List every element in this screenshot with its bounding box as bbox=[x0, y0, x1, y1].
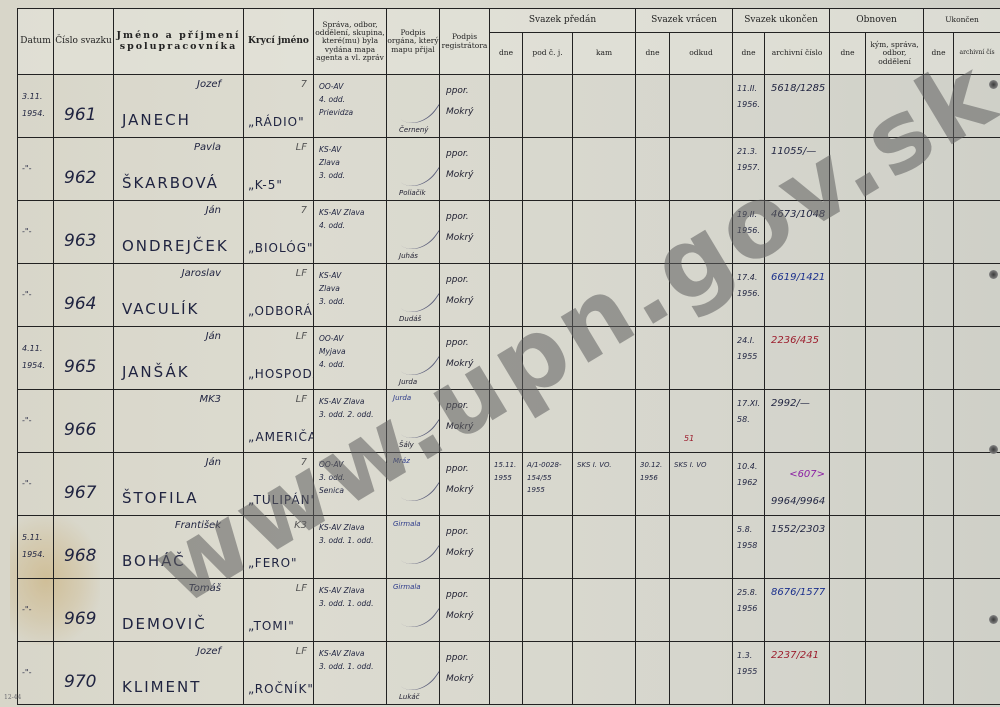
subheader-archivni-cislo: archivní číslo bbox=[765, 33, 830, 75]
line: -"- bbox=[22, 413, 53, 430]
line: 1956. bbox=[737, 223, 764, 239]
last-name: JANECH bbox=[122, 111, 191, 129]
archive-number: 2992/— bbox=[771, 398, 810, 409]
header-podpis-registratora: Podpis registrátora bbox=[440, 9, 490, 75]
line: 15.11. bbox=[494, 459, 519, 472]
first-name: Ján bbox=[206, 331, 221, 342]
cell-archivni-cislo: <607> 9964/9964 bbox=[765, 453, 830, 516]
cell-obnoven-dne bbox=[830, 642, 866, 705]
cell-datum: 4.11.1954. bbox=[18, 327, 54, 390]
line: 11.II. bbox=[737, 81, 764, 97]
archive-number: 9964/9964 bbox=[771, 496, 825, 507]
cell-kym bbox=[866, 390, 924, 453]
line: ppor. bbox=[446, 522, 474, 543]
signature-name: Lukáč bbox=[399, 693, 420, 701]
line: 1955 bbox=[494, 472, 519, 485]
cell-ukoncen-dne: 17.4.1956. bbox=[733, 264, 765, 327]
cell-vracen-dne bbox=[636, 642, 670, 705]
cell-sprava: KS-AV Zlava3. odd. 1. odd. bbox=[314, 579, 387, 642]
cover-mark: K3 bbox=[294, 520, 307, 531]
binder-hole-icon bbox=[989, 445, 998, 454]
cell-ukoncen-dne: 17.XI.58. bbox=[733, 390, 765, 453]
cell-predan-dne bbox=[490, 201, 523, 264]
line: 1956. bbox=[737, 286, 764, 302]
cell-obnoven-dne bbox=[830, 327, 866, 390]
cell-podpis-registratora: ppor.Mokrý bbox=[440, 264, 490, 327]
cover-name: „TULIPÁN" bbox=[248, 493, 314, 507]
cover-name: „TOMI" bbox=[248, 619, 295, 633]
signature-name: Jurda bbox=[399, 378, 417, 386]
header-ukoncen: Ukončen bbox=[924, 9, 1000, 33]
cell-kryci-jmeno: 7 „BIOLÓG" bbox=[244, 201, 314, 264]
cell-ukoncen2-dne bbox=[924, 75, 954, 138]
line: 17.4. bbox=[737, 270, 764, 286]
cell-sprava: OO-AVMyjava4. odd. bbox=[314, 327, 387, 390]
line: Mokrý bbox=[446, 543, 474, 564]
cell-podpis-organu: Černený bbox=[387, 75, 440, 138]
cell-sprava: KS-AVZlava3. odd. bbox=[314, 138, 387, 201]
cell-pod-cj: A/1-0028-154/551955 bbox=[523, 453, 573, 516]
cell-kryci-jmeno: LF „K-5" bbox=[244, 138, 314, 201]
cell-kam bbox=[573, 642, 636, 705]
binder-hole-icon bbox=[989, 270, 998, 279]
line: -"- bbox=[22, 224, 53, 241]
cell-archivni-cislo: 8676/1577 bbox=[765, 579, 830, 642]
archive-number: 2236/435 bbox=[771, 335, 819, 346]
table-row: 5.11.1954. 968 František BOHÁČ K3 „FERO"… bbox=[18, 516, 1000, 579]
cell-ukoncen2-dne bbox=[924, 642, 954, 705]
line: -"- bbox=[22, 287, 53, 304]
cell-odkud bbox=[670, 138, 733, 201]
cell-archivni-cislo-2 bbox=[954, 201, 1000, 264]
cover-mark: 7 bbox=[301, 457, 307, 468]
cover-mark: LF bbox=[296, 268, 307, 279]
signature-scrawl-icon bbox=[390, 138, 440, 196]
line: Mokrý bbox=[446, 354, 474, 375]
archive-number: 8676/1577 bbox=[771, 587, 825, 598]
line: A/1-0028-154/55 bbox=[527, 459, 569, 484]
archive-number: 6619/1421 bbox=[771, 272, 825, 283]
cell-kam bbox=[573, 327, 636, 390]
line: OO-AV bbox=[319, 458, 386, 471]
line: Mokrý bbox=[446, 417, 474, 438]
header-podpis-organu: Podpis orgána, který mapu přijal bbox=[387, 9, 440, 75]
cover-mark: LF bbox=[296, 394, 307, 405]
line: 17.XI. bbox=[737, 396, 764, 412]
line: ppor. bbox=[446, 270, 474, 291]
line: Mokrý bbox=[446, 606, 474, 627]
footer-code: 12-44 bbox=[4, 694, 21, 701]
table-row: -"- 966 MK3 LF „AMERIČAN" KS-AV Zlava3. … bbox=[18, 390, 1000, 453]
line: ppor. bbox=[446, 81, 474, 102]
cell-cislo-svazku: 966 bbox=[54, 390, 114, 453]
red-mark: 51 bbox=[684, 432, 694, 446]
line: OO-AV bbox=[319, 332, 386, 345]
line: 1962 bbox=[737, 475, 764, 491]
cell-archivni-cislo: 4673/1048 bbox=[765, 201, 830, 264]
subheader-pod-cj: pod č. j. bbox=[523, 33, 573, 75]
cover-name: „ROČNÍK" bbox=[248, 682, 314, 696]
cell-podpis-organu: Girmala bbox=[387, 579, 440, 642]
cell-podpis-organu: Mráz bbox=[387, 453, 440, 516]
cell-obnoven-dne bbox=[830, 75, 866, 138]
cell-kryci-jmeno: 7 „RÁDIO" bbox=[244, 75, 314, 138]
cell-podpis-organu: Jurda Šály bbox=[387, 390, 440, 453]
line: Senica bbox=[319, 484, 386, 497]
signature-name: Juhás bbox=[399, 252, 418, 260]
line: KS-AV Zlava bbox=[319, 395, 386, 408]
signature-scrawl-icon bbox=[390, 642, 440, 700]
line: 1955 bbox=[737, 349, 764, 365]
cover-mark: 7 bbox=[301, 79, 307, 90]
line: Myjava bbox=[319, 345, 386, 358]
cell-archivni-cislo: 1552/2303 bbox=[765, 516, 830, 579]
line: ppor. bbox=[446, 333, 474, 354]
line: 3. odd. bbox=[319, 295, 386, 308]
signature-top: Mráz bbox=[393, 457, 410, 465]
line: -"- bbox=[22, 476, 53, 493]
line: 4. odd. bbox=[319, 219, 386, 232]
header-cislo-svazku: Číslo svazku bbox=[54, 9, 114, 75]
cell-ukoncen-dne: 19.II.1956. bbox=[733, 201, 765, 264]
line: 5.11. bbox=[22, 530, 53, 547]
line: 21.3. bbox=[737, 144, 764, 160]
cell-predan-dne bbox=[490, 327, 523, 390]
cell-kam bbox=[573, 201, 636, 264]
cell-predan-dne bbox=[490, 264, 523, 327]
cell-odkud bbox=[670, 516, 733, 579]
cell-kryci-jmeno: LF „AMERIČAN" bbox=[244, 390, 314, 453]
line: 1954. bbox=[22, 106, 53, 123]
cell-podpis-organu: Jurda bbox=[387, 327, 440, 390]
cell-kym bbox=[866, 579, 924, 642]
cell-kam bbox=[573, 138, 636, 201]
cell-predan-dne bbox=[490, 390, 523, 453]
last-name: KLIMENT bbox=[122, 678, 201, 696]
cell-pod-cj bbox=[523, 201, 573, 264]
line: 24.I. bbox=[737, 333, 764, 349]
cell-obnoven-dne bbox=[830, 264, 866, 327]
cell-podpis-registratora: ppor.Mokrý bbox=[440, 453, 490, 516]
cell-jmeno: MK3 bbox=[114, 390, 244, 453]
ledger-page: Datum Číslo svazku Jméno a příjmení spol… bbox=[0, 0, 1000, 707]
cell-obnoven-dne bbox=[830, 579, 866, 642]
cover-mark: LF bbox=[296, 583, 307, 594]
signature-name: Poliačik bbox=[399, 189, 426, 197]
cell-kym bbox=[866, 642, 924, 705]
signature-scrawl-icon bbox=[390, 327, 440, 385]
cell-ukoncen2-dne bbox=[924, 453, 954, 516]
cell-archivni-cislo-2 bbox=[954, 516, 1000, 579]
cell-kam bbox=[573, 579, 636, 642]
cell-jmeno: František BOHÁČ bbox=[114, 516, 244, 579]
cell-podpis-organu: Girmala bbox=[387, 516, 440, 579]
cell-datum: -"- bbox=[18, 264, 54, 327]
cell-kym bbox=[866, 201, 924, 264]
cell-obnoven-dne bbox=[830, 516, 866, 579]
line: 3. odd. bbox=[319, 169, 386, 182]
cover-mark: LF bbox=[296, 331, 307, 342]
first-name: Jozef bbox=[197, 79, 221, 90]
cell-podpis-registratora: ppor.Mokrý bbox=[440, 75, 490, 138]
line: 1957. bbox=[737, 160, 764, 176]
cell-archivni-cislo: 11055/— bbox=[765, 138, 830, 201]
header-kryci-jmeno: Krycí jméno bbox=[244, 9, 314, 75]
line: 3.11. bbox=[22, 89, 53, 106]
cell-podpis-registratora: ppor.Mokrý bbox=[440, 390, 490, 453]
cover-name: „K-5" bbox=[248, 178, 283, 192]
subheader-kym: kým, správa, odbor, oddělení bbox=[866, 33, 924, 75]
cell-predan-dne bbox=[490, 516, 523, 579]
header-svazek-vracen: Svazek vrácen bbox=[636, 9, 733, 33]
line: 1955 bbox=[737, 664, 764, 680]
last-name: BOHÁČ bbox=[122, 552, 186, 570]
line: Mokrý bbox=[446, 480, 474, 501]
cell-archivni-cislo: 2992/— bbox=[765, 390, 830, 453]
cell-jmeno: Ján ŠTOFILA bbox=[114, 453, 244, 516]
cover-mark: LF bbox=[296, 646, 307, 657]
cell-ukoncen-dne: 11.II.1956. bbox=[733, 75, 765, 138]
line: Zlava bbox=[319, 156, 386, 169]
cell-pod-cj bbox=[523, 264, 573, 327]
cell-jmeno: Pavla ŠKARBOVÁ bbox=[114, 138, 244, 201]
line: 58. bbox=[737, 412, 764, 428]
table-row: -"- 962 Pavla ŠKARBOVÁ LF „K-5" KS-AVZla… bbox=[18, 138, 1000, 201]
table-row: 4.11.1954. 965 Ján JANŠÁK LF „HOSPODÁR" … bbox=[18, 327, 1000, 390]
cover-mark: LF bbox=[296, 142, 307, 153]
line: Mokrý bbox=[446, 165, 474, 186]
cell-archivni-cislo-2 bbox=[954, 138, 1000, 201]
cell-pod-cj bbox=[523, 642, 573, 705]
first-name: Ján bbox=[206, 205, 221, 216]
table-row: -"- 963 Ján ONDREJČEK 7 „BIOLÓG" KS-AV Z… bbox=[18, 201, 1000, 264]
last-name: JANŠÁK bbox=[122, 363, 190, 381]
cell-kam bbox=[573, 75, 636, 138]
cell-ukoncen-dne: 25.8.1956 bbox=[733, 579, 765, 642]
header-svazek-ukoncen: Svazek ukončen bbox=[733, 9, 830, 33]
line: Zlava bbox=[319, 282, 386, 295]
cell-ukoncen2-dne bbox=[924, 138, 954, 201]
cell-cislo-svazku: 963 bbox=[54, 201, 114, 264]
cover-name: „RÁDIO" bbox=[248, 115, 305, 129]
first-name: Jozef bbox=[197, 646, 221, 657]
cell-podpis-registratora: ppor.Mokrý bbox=[440, 579, 490, 642]
cell-kryci-jmeno: LF „ODBORÁR" bbox=[244, 264, 314, 327]
line: ppor. bbox=[446, 144, 474, 165]
line: 1955 bbox=[527, 484, 569, 497]
cover-mark: 7 bbox=[301, 205, 307, 216]
signature-name: Černený bbox=[399, 126, 428, 134]
line: Mokrý bbox=[446, 228, 474, 249]
line: KS-AV Zlava bbox=[319, 647, 386, 660]
cell-cislo-svazku: 965 bbox=[54, 327, 114, 390]
cell-vracen-dne bbox=[636, 516, 670, 579]
line: 3. odd. 2. odd. bbox=[319, 408, 386, 421]
cell-ukoncen-dne: 24.I.1955 bbox=[733, 327, 765, 390]
cell-vracen-dne bbox=[636, 264, 670, 327]
line: KS-AV Zlava bbox=[319, 584, 386, 597]
header-jmeno: Jméno a příjmení spolupracovníka bbox=[114, 9, 244, 75]
cell-datum: -"- bbox=[18, 453, 54, 516]
cover-name: „FERO" bbox=[248, 556, 298, 570]
cell-archivni-cislo-2 bbox=[954, 327, 1000, 390]
first-name: MK3 bbox=[199, 394, 221, 405]
cell-odkud: 51 bbox=[670, 390, 733, 453]
cell-pod-cj bbox=[523, 579, 573, 642]
cell-cislo-svazku: 962 bbox=[54, 138, 114, 201]
signature-scrawl-icon bbox=[390, 264, 440, 322]
cell-datum: -"- bbox=[18, 390, 54, 453]
line: 1954. bbox=[22, 358, 53, 375]
archive-number: 1552/2303 bbox=[771, 524, 825, 535]
binder-hole-icon bbox=[989, 615, 998, 624]
cover-name: „ODBORÁR" bbox=[248, 304, 314, 318]
cell-ukoncen2-dne bbox=[924, 516, 954, 579]
returned-from: SKS I. VO bbox=[674, 459, 729, 472]
archive-number: 4673/1048 bbox=[771, 209, 825, 220]
cell-podpis-registratora: ppor.Mokrý bbox=[440, 138, 490, 201]
line: 3. odd. 1. odd. bbox=[319, 534, 386, 547]
cell-jmeno: Jaroslav VACULÍK bbox=[114, 264, 244, 327]
first-name: Ján bbox=[206, 457, 221, 468]
line: KS-AV bbox=[319, 269, 386, 282]
cell-ukoncen2-dne bbox=[924, 390, 954, 453]
cell-kym bbox=[866, 453, 924, 516]
cell-cislo-svazku: 967 bbox=[54, 453, 114, 516]
cell-archivni-cislo: 2237/241 bbox=[765, 642, 830, 705]
register-body: 3.11.1954. 961 Jozef JANECH 7 „RÁDIO" OO… bbox=[18, 75, 1000, 705]
line: KS-AV Zlava bbox=[319, 206, 386, 219]
cell-predan-dne: 15.11.1955 bbox=[490, 453, 523, 516]
cell-pod-cj bbox=[523, 138, 573, 201]
line: 19.II. bbox=[737, 207, 764, 223]
line: -"- bbox=[22, 161, 53, 178]
cover-name: „AMERIČAN" bbox=[248, 430, 314, 444]
cell-kym bbox=[866, 138, 924, 201]
cell-podpis-organu: Dudáš bbox=[387, 264, 440, 327]
cell-sprava: KS-AV Zlava3. odd. 1. odd. bbox=[314, 516, 387, 579]
line: Prievidza bbox=[319, 106, 386, 119]
cell-ukoncen-dne: 1.3.1955 bbox=[733, 642, 765, 705]
subheader-archivni-cislo-2: archivní čís bbox=[954, 33, 1000, 75]
cell-jmeno: Ján JANŠÁK bbox=[114, 327, 244, 390]
signature-name: Šály bbox=[399, 441, 414, 449]
cell-odkud: SKS I. VO bbox=[670, 453, 733, 516]
cell-archivni-cislo: 2236/435 bbox=[765, 327, 830, 390]
cell-ukoncen-dne: 5.8.1958 bbox=[733, 516, 765, 579]
table-row: -"- 970 Jozef KLIMENT LF „ROČNÍK" KS-AV … bbox=[18, 642, 1000, 705]
cell-podpis-organu: Juhás bbox=[387, 201, 440, 264]
cell-vracen-dne bbox=[636, 138, 670, 201]
line: Mokrý bbox=[446, 291, 474, 312]
cell-predan-dne bbox=[490, 579, 523, 642]
cell-odkud bbox=[670, 579, 733, 642]
cell-odkud bbox=[670, 201, 733, 264]
cell-kym bbox=[866, 264, 924, 327]
line: 5.8. bbox=[737, 522, 764, 538]
cell-archivni-cislo-2 bbox=[954, 579, 1000, 642]
line: 30.12. bbox=[640, 459, 666, 472]
cell-vracen-dne bbox=[636, 327, 670, 390]
cell-jmeno: Ján ONDREJČEK bbox=[114, 201, 244, 264]
cell-cislo-svazku: 968 bbox=[54, 516, 114, 579]
header-datum: Datum bbox=[18, 9, 54, 75]
cell-podpis-registratora: ppor.Mokrý bbox=[440, 516, 490, 579]
cell-kam bbox=[573, 390, 636, 453]
line: 1954. bbox=[22, 547, 53, 564]
cell-kryci-jmeno: LF „TOMI" bbox=[244, 579, 314, 642]
cell-cislo-svazku: 969 bbox=[54, 579, 114, 642]
cell-datum: 5.11.1954. bbox=[18, 516, 54, 579]
line: ppor. bbox=[446, 207, 474, 228]
cell-sprava: OO-AV4. odd.Prievidza bbox=[314, 75, 387, 138]
last-name: ONDREJČEK bbox=[122, 237, 229, 255]
subheader-ukoncen2-dne: dne bbox=[924, 33, 954, 75]
line: 10.4. bbox=[737, 459, 764, 475]
cell-ukoncen2-dne bbox=[924, 201, 954, 264]
cell-cislo-svazku: 964 bbox=[54, 264, 114, 327]
line: ppor. bbox=[446, 396, 474, 417]
cell-kryci-jmeno: K3 „FERO" bbox=[244, 516, 314, 579]
cover-name: „BIOLÓG" bbox=[248, 241, 314, 255]
cell-jmeno: Tomáš DEMOVIČ bbox=[114, 579, 244, 642]
line: -"- bbox=[22, 665, 53, 682]
cell-cislo-svazku: 961 bbox=[54, 75, 114, 138]
line: ppor. bbox=[446, 648, 474, 669]
line: KS-AV bbox=[319, 143, 386, 156]
line: 1.3. bbox=[737, 648, 764, 664]
cell-odkud bbox=[670, 75, 733, 138]
cell-datum: -"- bbox=[18, 201, 54, 264]
cell-podpis-organu: Lukáč bbox=[387, 642, 440, 705]
header-obnoven: Obnoven bbox=[830, 9, 924, 33]
signature-scrawl-icon bbox=[390, 201, 440, 259]
last-name: VACULÍK bbox=[122, 300, 199, 318]
archive-number: 5618/1285 bbox=[771, 83, 825, 94]
cell-odkud bbox=[670, 642, 733, 705]
line: 4.11. bbox=[22, 341, 53, 358]
cell-datum: 3.11.1954. bbox=[18, 75, 54, 138]
cell-sprava: KS-AVZlava3. odd. bbox=[314, 264, 387, 327]
first-name: Jaroslav bbox=[182, 268, 221, 279]
cell-ukoncen2-dne bbox=[924, 264, 954, 327]
cell-sprava: KS-AV Zlava3. odd. 1. odd. bbox=[314, 642, 387, 705]
line: 3. odd. 1. odd. bbox=[319, 660, 386, 673]
line: 1956 bbox=[737, 601, 764, 617]
last-name: ŠKARBOVÁ bbox=[122, 174, 219, 192]
header-svazek-predan: Svazek předán bbox=[490, 9, 636, 33]
cell-kryci-jmeno: LF „ROČNÍK" bbox=[244, 642, 314, 705]
cell-kryci-jmeno: LF „HOSPODÁR" bbox=[244, 327, 314, 390]
table-row: 3.11.1954. 961 Jozef JANECH 7 „RÁDIO" OO… bbox=[18, 75, 1000, 138]
cell-vracen-dne: 30.12.1956 bbox=[636, 453, 670, 516]
cell-vracen-dne bbox=[636, 201, 670, 264]
cell-kryci-jmeno: 7 „TULIPÁN" bbox=[244, 453, 314, 516]
purple-annotation: <607> bbox=[789, 469, 825, 480]
cell-vracen-dne bbox=[636, 390, 670, 453]
cell-odkud bbox=[670, 264, 733, 327]
table-row: -"- 964 Jaroslav VACULÍK LF „ODBORÁR" KS… bbox=[18, 264, 1000, 327]
cell-kam: SKS I. VO. bbox=[573, 453, 636, 516]
cell-odkud bbox=[670, 327, 733, 390]
cell-pod-cj bbox=[523, 516, 573, 579]
line: Mokrý bbox=[446, 102, 474, 123]
cell-kam bbox=[573, 264, 636, 327]
cell-predan-dne bbox=[490, 642, 523, 705]
cell-archivni-cislo: 6619/1421 bbox=[765, 264, 830, 327]
cell-ukoncen2-dne bbox=[924, 327, 954, 390]
cell-ukoncen-dne: 21.3.1957. bbox=[733, 138, 765, 201]
